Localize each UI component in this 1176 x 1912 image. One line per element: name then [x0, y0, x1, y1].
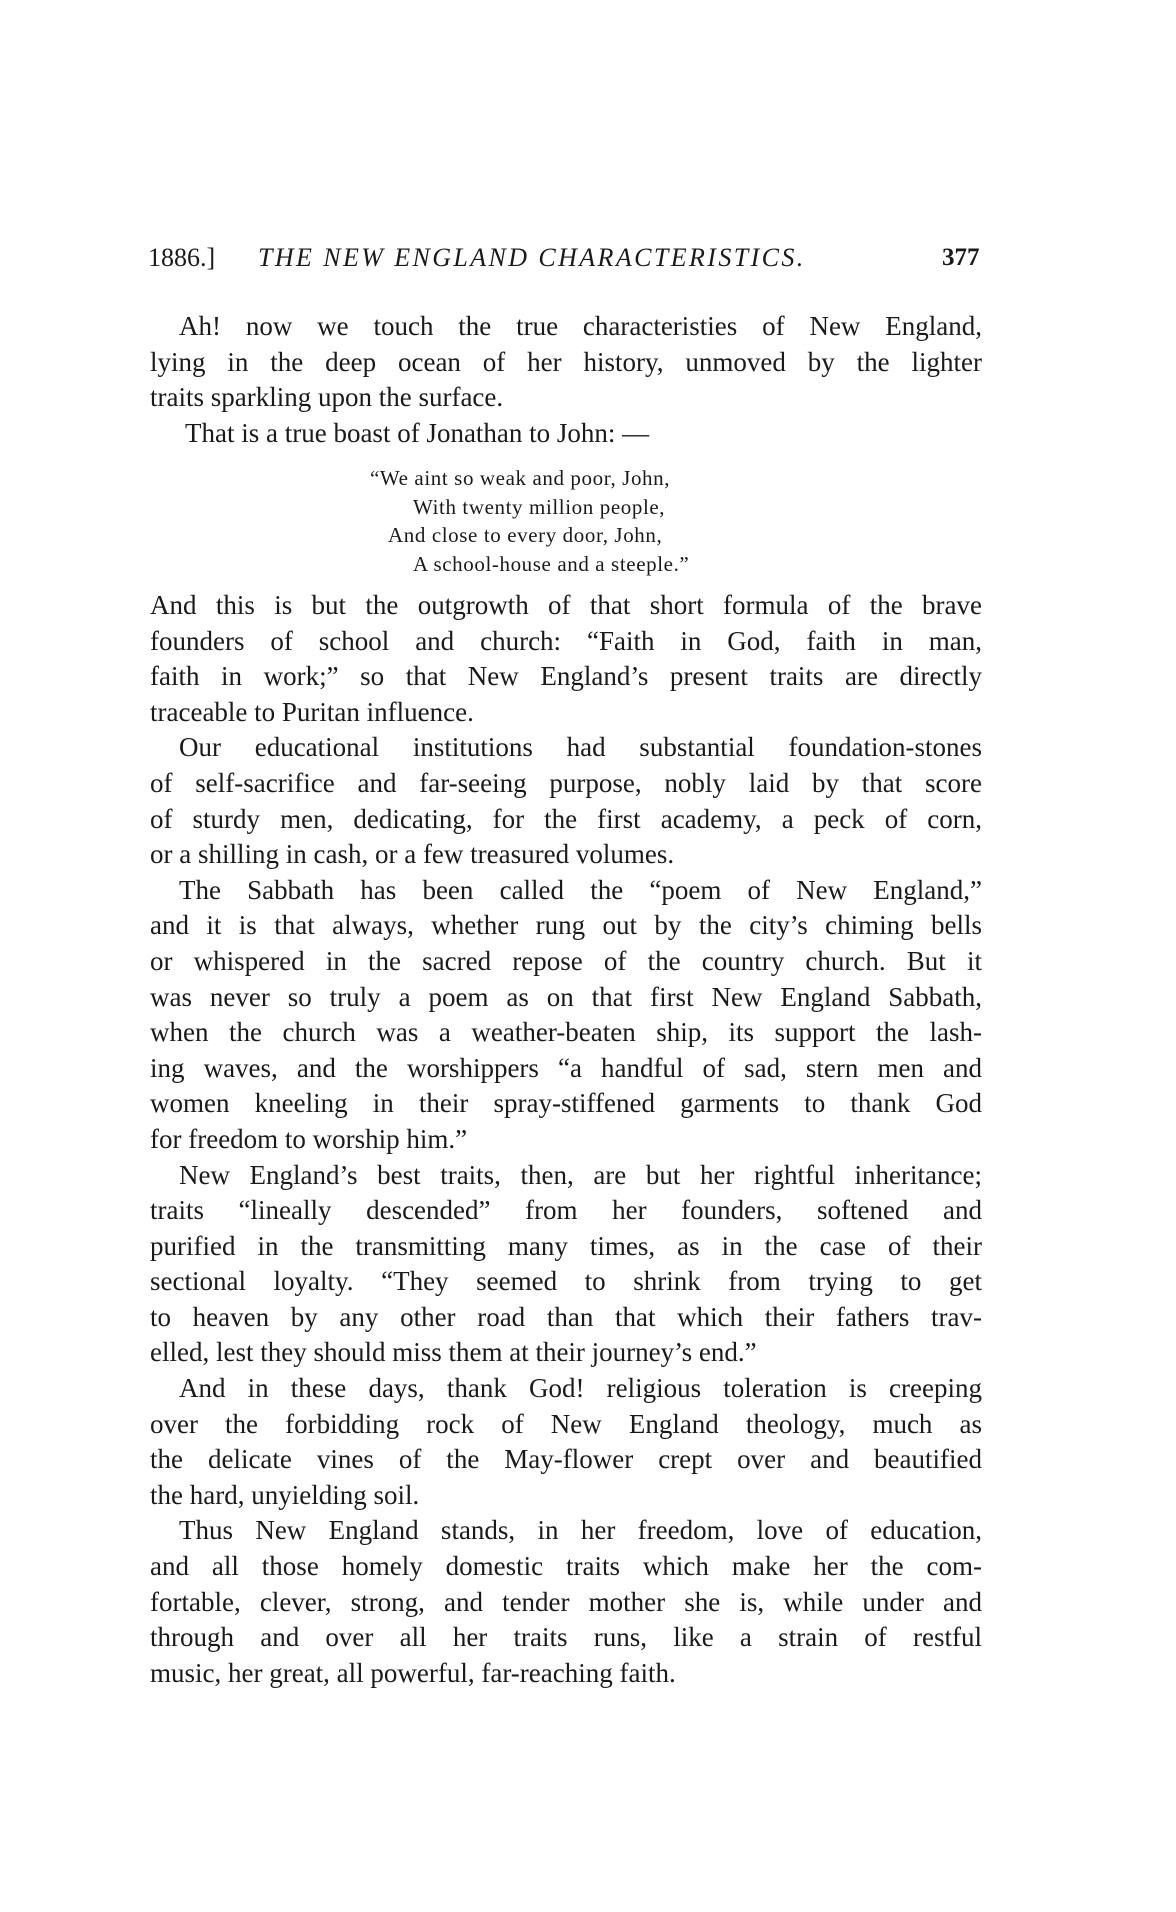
- running-head-year: 1886.]: [148, 243, 215, 273]
- text-line: traceable to Puritan influence.: [150, 695, 982, 731]
- text-line: traits sparkling upon the surface.: [150, 380, 982, 416]
- text-line: through and over all her traits runs, li…: [150, 1620, 982, 1656]
- text-line: was never so truly a poem as on that fir…: [150, 980, 982, 1016]
- text-line: when the church was a weather-beaten shi…: [150, 1015, 982, 1051]
- poem-line: And close to every door, John,: [388, 521, 662, 550]
- book-page: 1886.] THE NEW ENGLAND CHARACTERISTICS. …: [0, 0, 1176, 1912]
- text-line: fortable, clever, strong, and tender mot…: [150, 1585, 982, 1621]
- text-line: for freedom to worship him.”: [150, 1122, 982, 1158]
- text-line: to heaven by any other road than that wh…: [150, 1300, 982, 1336]
- text-line: Ah! now we touch the true characteristie…: [150, 309, 982, 345]
- poem-line: With twenty million people,: [413, 493, 665, 522]
- poem-line: A school-house and a steeple.”: [413, 550, 689, 579]
- text-line: music, her great, all powerful, far-reac…: [150, 1656, 982, 1692]
- text-line: the delicate vines of the May-flower cre…: [150, 1442, 982, 1478]
- text-line: elled, lest they should miss them at the…: [150, 1335, 982, 1371]
- paragraph-educational-institutions: Our educational institutions had substan…: [150, 730, 982, 872]
- intro-text: Ah! now we touch the true characteristie…: [150, 309, 982, 451]
- text-line: the hard, unyielding soil.: [150, 1478, 982, 1514]
- text-line: Our educational institutions had substan…: [150, 730, 982, 766]
- text-line: ing waves, and the worshippers “a handfu…: [150, 1051, 982, 1087]
- paragraph-thus-new-england: Thus New England stands, in her freedom,…: [150, 1513, 982, 1691]
- page-number: 377: [942, 243, 980, 273]
- paragraph-best-traits: New England’s best traits, then, are but…: [150, 1158, 982, 1372]
- poem-line: “We aint so weak and poor, John,: [370, 464, 670, 493]
- running-head: 1886.] THE NEW ENGLAND CHARACTERISTICS. …: [0, 243, 1176, 273]
- paragraph-true-boast: That is a true boast of Jonathan to John…: [150, 416, 982, 452]
- paragraph-outgrowth: And this is but the outgrowth of that sh…: [150, 588, 982, 730]
- text-line: traits “lineally descended” from her fou…: [150, 1193, 982, 1229]
- text-line: over the forbidding rock of New England …: [150, 1407, 982, 1443]
- text-line: The Sabbath has been called the “poem of…: [150, 873, 982, 909]
- text-line: That is a true boast of Jonathan to John…: [150, 416, 982, 452]
- text-line: or a shilling in cash, or a few treasure…: [150, 837, 982, 873]
- text-line: and it is that always, whether rung out …: [150, 908, 982, 944]
- body-text: And this is but the outgrowth of that sh…: [150, 588, 982, 1691]
- text-line: And in these days, thank God! religious …: [150, 1371, 982, 1407]
- text-line: New England’s best traits, then, are but…: [150, 1158, 982, 1194]
- text-line: And this is but the outgrowth of that sh…: [150, 588, 982, 624]
- text-line: and all those homely domestic traits whi…: [150, 1549, 982, 1585]
- text-line: of sturdy men, dedicating, for the first…: [150, 802, 982, 838]
- text-line: purified in the transmitting many times,…: [150, 1229, 982, 1265]
- text-line: faith in work;” so that New England’s pr…: [150, 659, 982, 695]
- text-line: lying in the deep ocean of her history, …: [150, 345, 982, 381]
- text-line: women kneeling in their spray-stiffened …: [150, 1086, 982, 1122]
- text-line: sectional loyalty. “They seemed to shrin…: [150, 1264, 982, 1300]
- paragraph-religious-toleration: And in these days, thank God! religious …: [150, 1371, 982, 1513]
- text-line: of self-sacrifice and far-seeing purpose…: [150, 766, 982, 802]
- paragraph-sabbath: The Sabbath has been called the “poem of…: [150, 873, 982, 1158]
- text-line: or whispered in the sacred repose of the…: [150, 944, 982, 980]
- running-head-title: THE NEW ENGLAND CHARACTERISTICS.: [258, 243, 806, 273]
- paragraph-ah-now: Ah! now we touch the true characteristie…: [150, 309, 982, 416]
- text-line: founders of school and church: “Faith in…: [150, 624, 982, 660]
- text-line: Thus New England stands, in her freedom,…: [150, 1513, 982, 1549]
